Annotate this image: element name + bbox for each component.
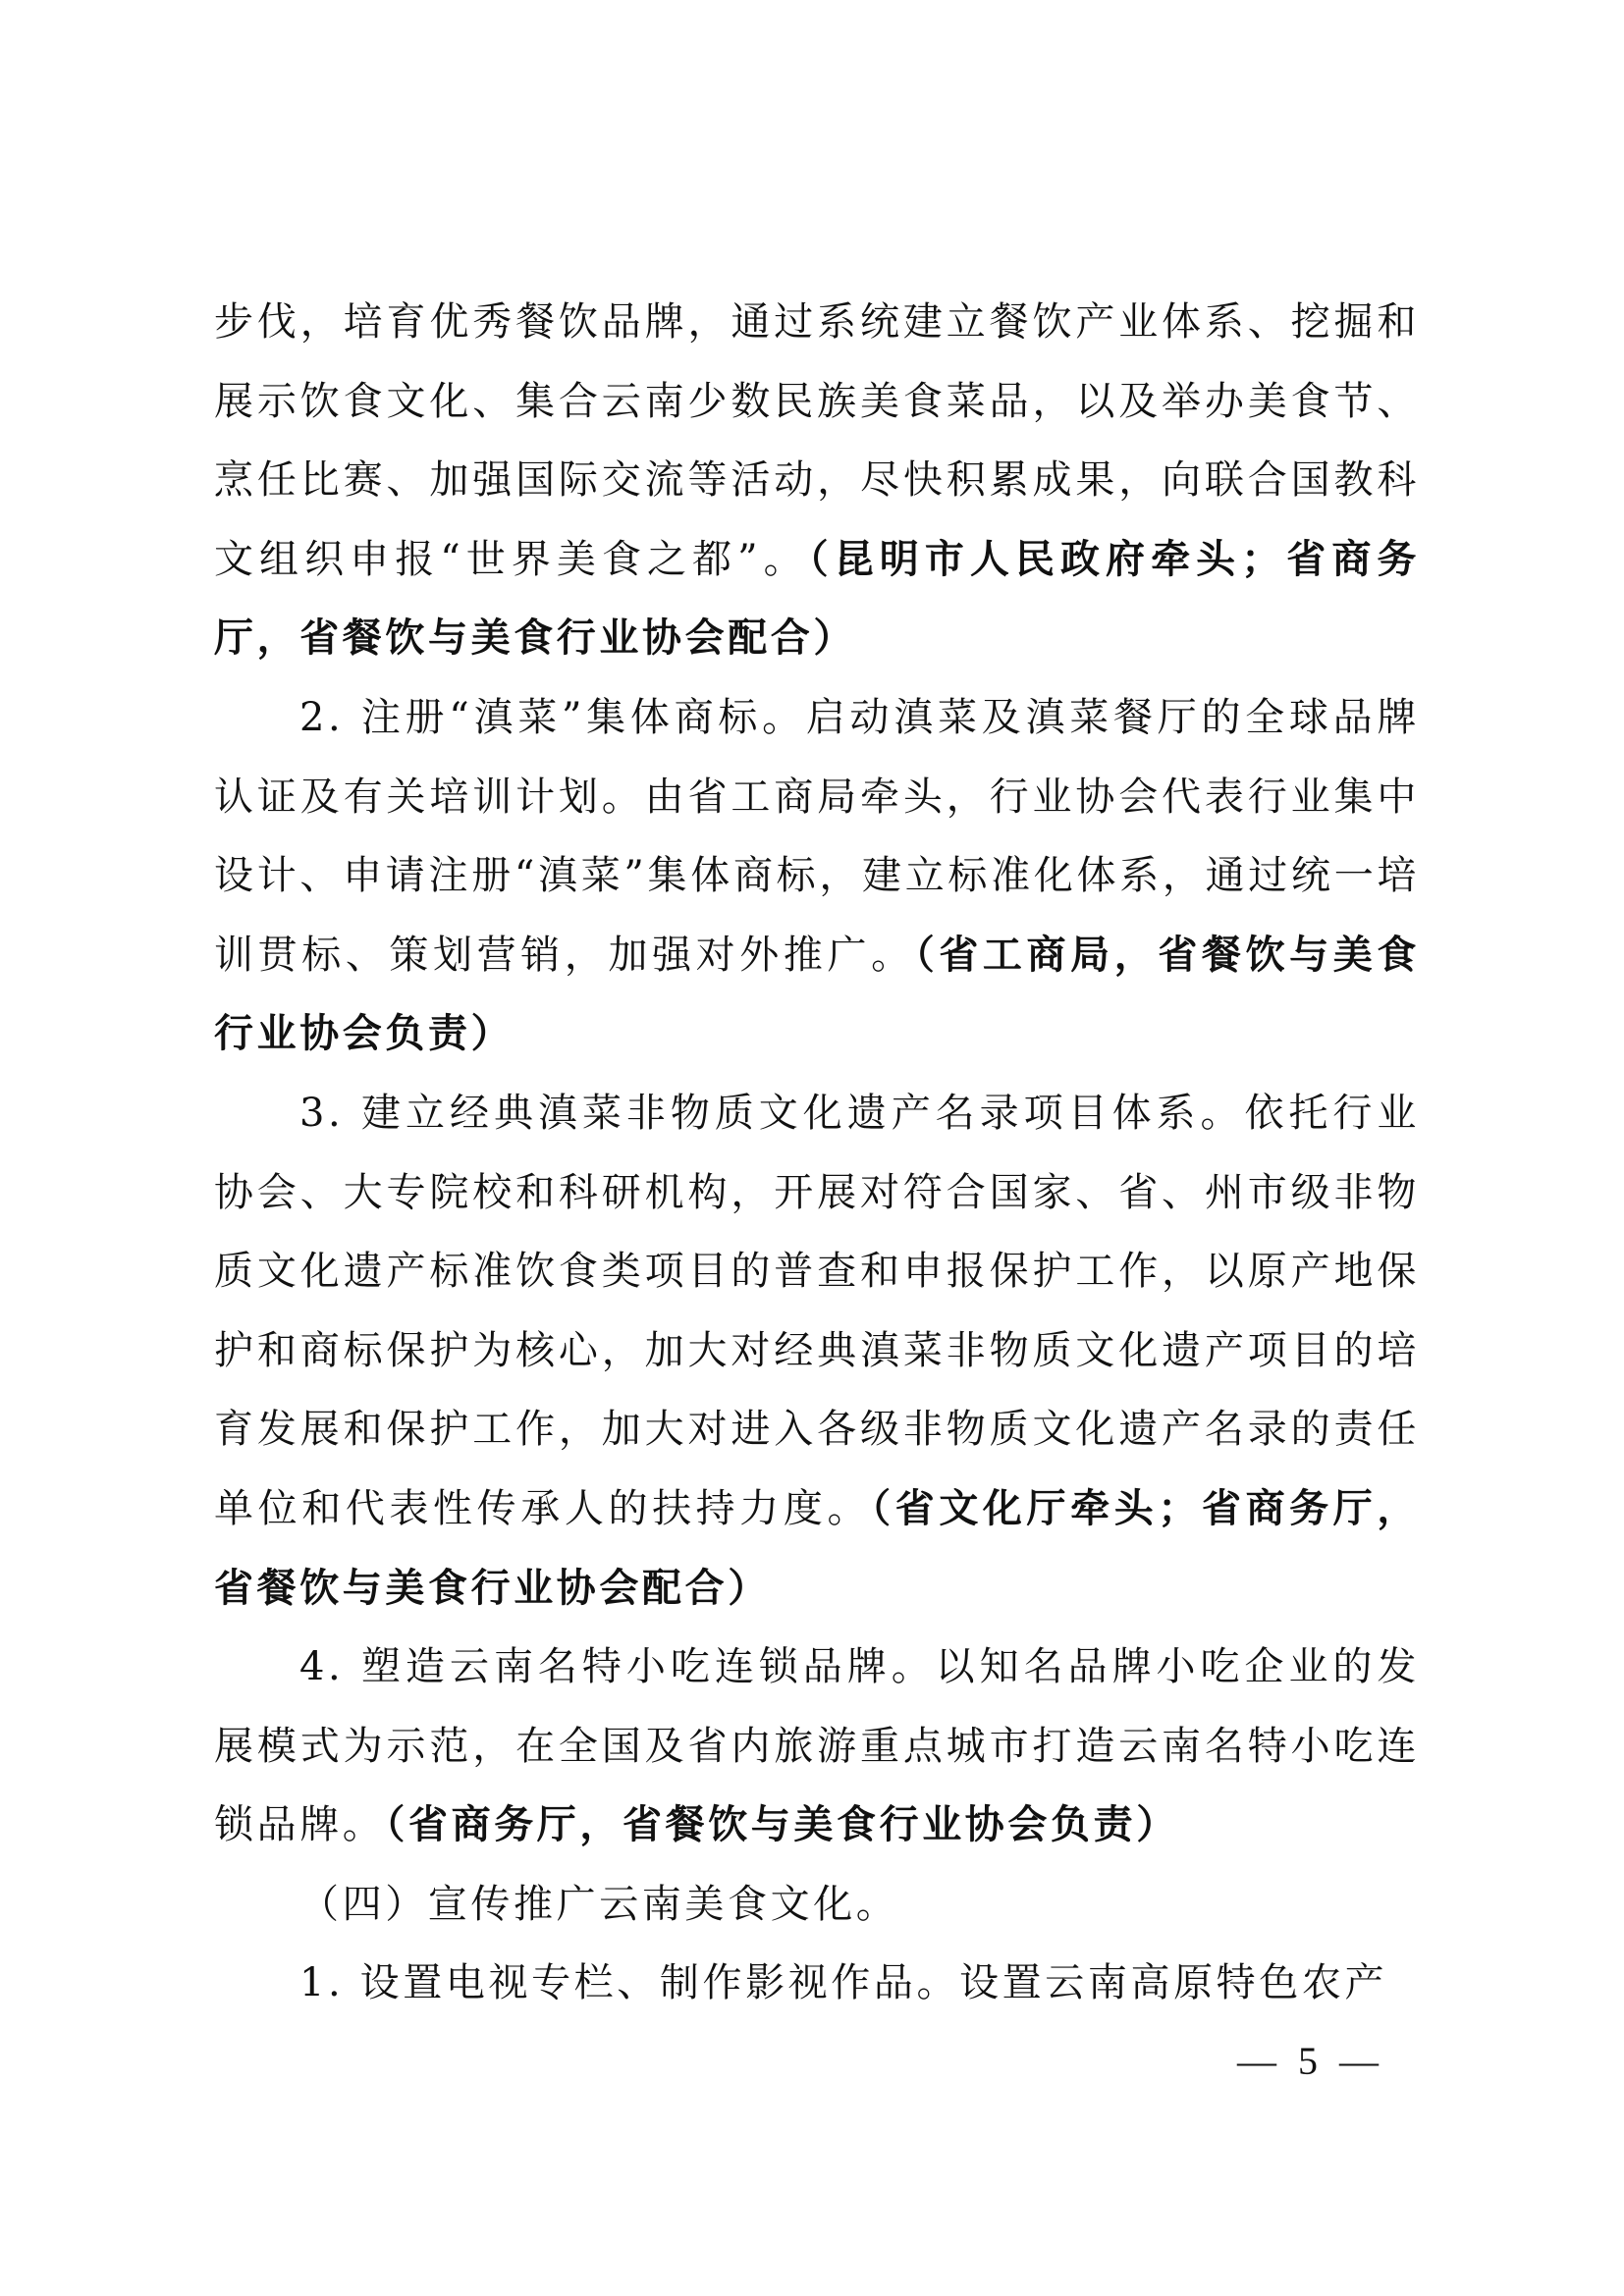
responsibility-note: （省商务厅，省餐饮与美食行业协会负责） (385, 1802, 1178, 1847)
paragraph-item-3: 3. 建立经典滇菜非物质文化遗产名录项目体系。依托行业协会、大专院校和科研机构，… (214, 1074, 1420, 1628)
paragraph-item-4: 4. 塑造云南名特小吃连锁品牌。以知名品牌小吃企业的发展模式为示范，在全国及省内… (214, 1628, 1420, 1865)
section-heading-text: （四）宣传推广云南美食文化。 (299, 1882, 898, 1927)
section-heading-4: （四）宣传推广云南美食文化。 (214, 1865, 1420, 1945)
document-body: 步伐，培育优秀餐饮品牌，通过系统建立餐饮产业体系、挖掘和展示饮食文化、集合云南少… (214, 283, 1420, 2023)
paragraph-section4-item-1: 1. 设置电视专栏、制作影视作品。设置云南高原特色农产 (214, 1944, 1420, 2023)
paragraph-text: 3. 建立经典滇菜非物质文化遗产名录项目体系。依托行业协会、大专院校和科研机构，… (214, 1091, 1420, 1531)
page-number: — 5 — (1237, 2038, 1384, 2084)
paragraph-item-2: 2. 注册“滇菜”集体商标。启动滇菜及滇菜餐厅的全球品牌认证及有关培训计划。由省… (214, 678, 1420, 1074)
paragraph-text: 1. 设置电视专栏、制作影视作品。设置云南高原特色农产 (299, 1960, 1387, 2005)
paragraph-continuation: 步伐，培育优秀餐饮品牌，通过系统建立餐饮产业体系、挖掘和展示饮食文化、集合云南少… (214, 283, 1420, 678)
